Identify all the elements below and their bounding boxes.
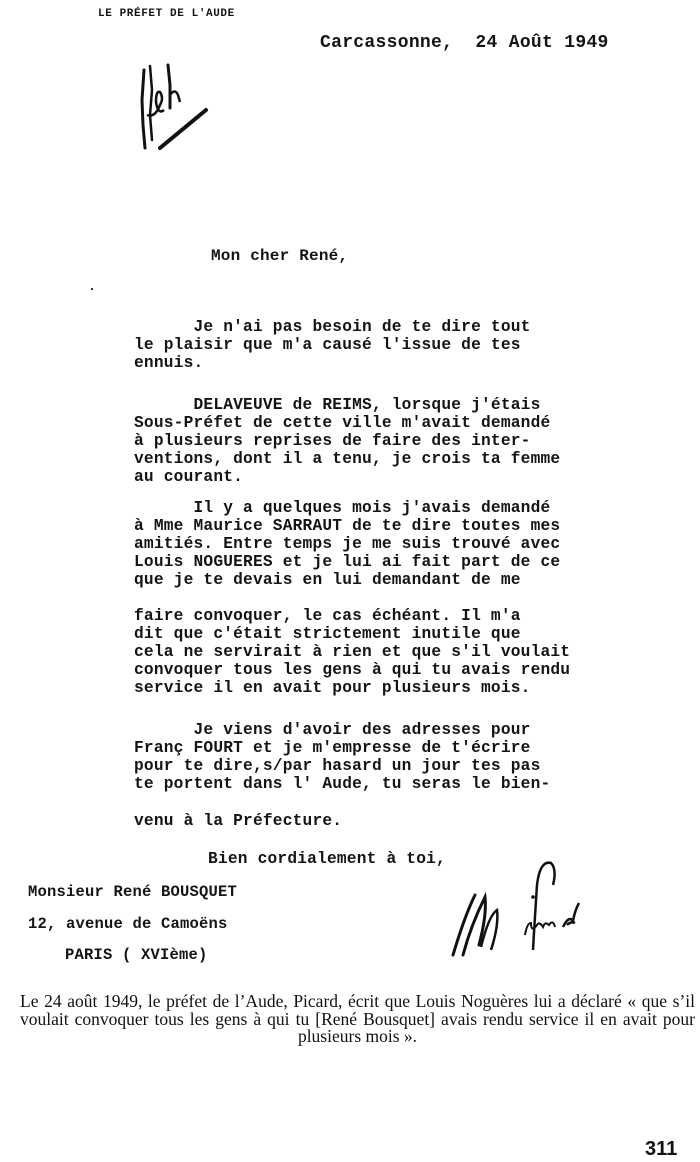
text-line: ventions, dont il a tenu, je crois ta fe… — [134, 451, 560, 469]
text-line: Sous-Préfet de cette ville m'avait deman… — [134, 415, 550, 433]
text-line: dit que c'était strictement inutile que — [134, 626, 521, 644]
stray-mark — [91, 288, 93, 290]
text-line: Il y a quelques mois j'avais demandé — [134, 500, 550, 518]
recipient-name: Monsieur René BOUSQUET — [28, 883, 237, 901]
text-line: amitiés. Entre temps je me suis trouvé a… — [134, 536, 560, 554]
text-line: Je n'ai pas besoin de te dire tout — [134, 319, 531, 337]
text-line: à plusieurs reprises de faire des inter- — [134, 433, 531, 451]
text-line: Franç FOURT et je m'empresse de t'écrire — [134, 740, 531, 758]
text-line: service il en avait pour plusieurs mois. — [134, 680, 531, 698]
handwritten-signature-picard-icon — [445, 855, 595, 965]
letterhead: LE PRÉFET DE L'AUDE — [98, 8, 235, 20]
text-line: te portent dans l' Aude, tu seras le bie… — [134, 776, 550, 794]
text-line: convoquer tous les gens à qui tu avais r… — [134, 662, 570, 680]
handwritten-initials-icon — [130, 60, 220, 155]
text-line: DELAVEUVE de REIMS, lorsque j'étais — [134, 397, 540, 415]
recipient-street: 12, avenue de Camoëns — [28, 915, 228, 933]
salutation: Mon cher René, — [211, 247, 348, 265]
text-line: Louis NOGUERES et je lui ai fait part de… — [134, 554, 560, 572]
closing: Bien cordialement à toi, — [208, 851, 446, 869]
text-line: cela ne servirait à rien et que s'il vou… — [134, 644, 570, 662]
text-line: ennuis. — [134, 355, 203, 373]
text-line: pour te dire,s/par hasard un jour tes pa… — [134, 758, 540, 776]
text-line: venu à la Préfecture. — [134, 813, 342, 831]
text-line: à Mme Maurice SARRAUT de te dire toutes … — [134, 518, 560, 536]
dateline: Carcassonne, 24 Août 1949 — [320, 33, 609, 53]
text-line: faire convoquer, le cas échéant. Il m'a — [134, 608, 521, 626]
text-line: le plaisir que m'a causé l'issue de tes — [134, 337, 521, 355]
caption: Le 24 août 1949, le préfet de l’Aude, Pi… — [20, 993, 695, 1046]
recipient-city: PARIS ( XVIème) — [65, 946, 208, 964]
page-number: 311 — [645, 1138, 677, 1161]
text-line: que je te devais en lui demandant de me — [134, 572, 521, 590]
text-line: Je viens d'avoir des adresses pour — [134, 722, 531, 740]
text-line: au courant. — [134, 469, 243, 487]
